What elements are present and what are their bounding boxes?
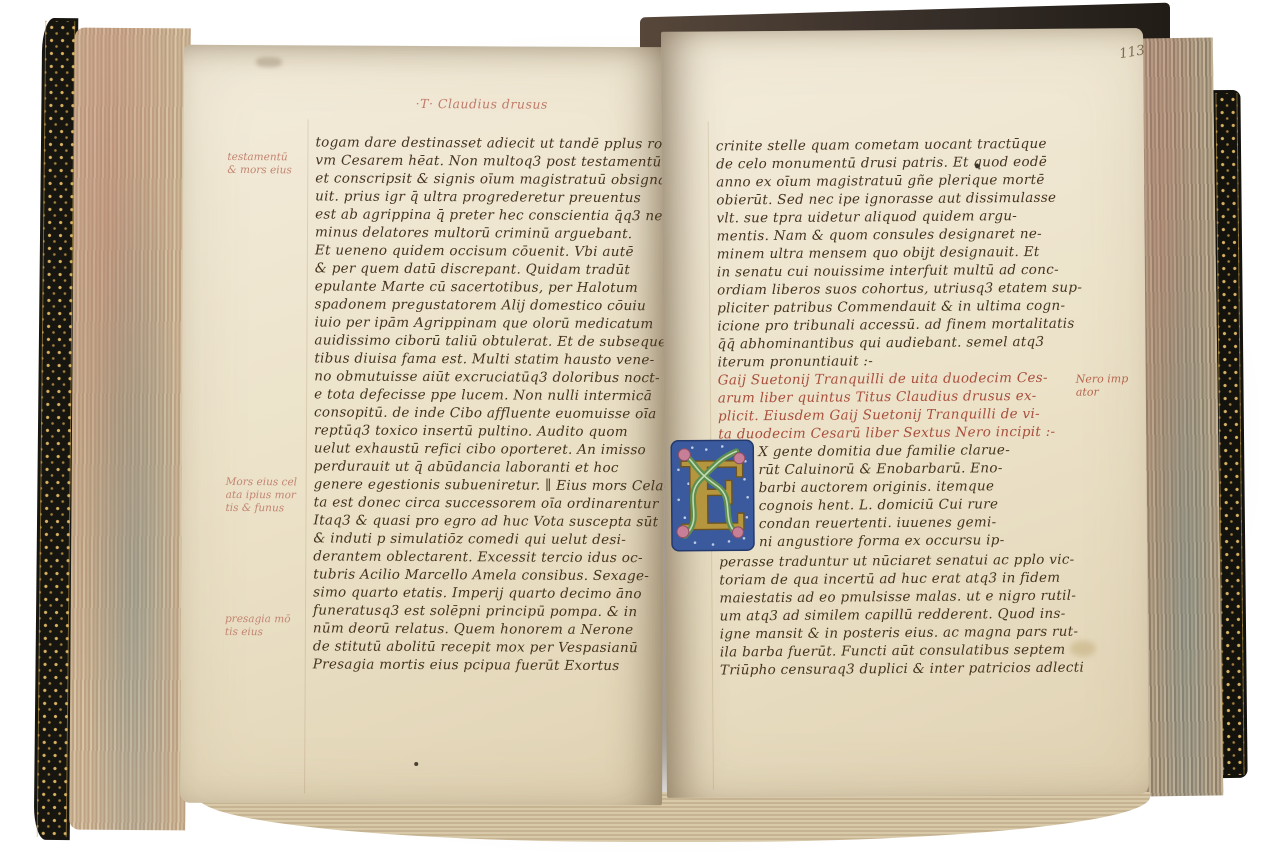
text-line: & induti p simulatiōz comedi qui uelut d… bbox=[313, 529, 675, 549]
rubric-explicit-incipit: Gaij Suetonij Tranquilli de uita duodeci… bbox=[718, 368, 1115, 443]
margin-note-presages: presagia mōtis eius bbox=[225, 613, 321, 640]
margin-note-testament: testamentū& mors eius bbox=[227, 151, 323, 178]
text-line: et conscripsit & signis oīum magistratuū… bbox=[315, 169, 677, 189]
text-line: obierūt. Sed nec ipe ignorasse aut dissi… bbox=[716, 188, 1112, 209]
text-line: uelut exhaustū refici cibo oporteret. An… bbox=[314, 439, 676, 459]
ink-speck bbox=[975, 163, 979, 168]
text-line: consopitū. de inde Cibo affluente euomui… bbox=[314, 403, 676, 423]
right-page: 113 Nero impator crinite stelle quam com… bbox=[661, 28, 1149, 798]
text-line: no obmutuisse aiūt excruciatūq3 doloribu… bbox=[314, 367, 676, 387]
text-line: reptūq3 toxico insertū pultino. Audito q… bbox=[314, 421, 676, 441]
folio-number: 113 bbox=[1118, 42, 1146, 62]
text-line: epulante Marte cū sacertotibus, per Halo… bbox=[315, 277, 677, 297]
text-line: Presagia mortis eius pcipua fuerūt Exort… bbox=[313, 655, 675, 675]
text-line: Itaq3 & quasi pro egro ad huc Vota susce… bbox=[313, 511, 675, 531]
nero-full-lines: perasse traduntur ut nūciaret senatui ac… bbox=[719, 550, 1116, 679]
left-page: ·T· Claudius drusus testamentū& mors eiu… bbox=[180, 45, 666, 806]
left-text-column: togam dare destinasset adiecit ut tandē … bbox=[313, 133, 678, 675]
running-header: ·T· Claudius drusus bbox=[416, 96, 548, 112]
illuminated-initial-E: E bbox=[670, 439, 755, 552]
margin-note-line: & mors eius bbox=[227, 164, 323, 178]
text-line: iuio per ipām Agrippinam que olorū medic… bbox=[314, 313, 676, 333]
text-line: tubris Acilio Marcello Amela consibus. S… bbox=[313, 565, 675, 585]
nero-indented-lines: X gente domitia due familie clarue-rūt C… bbox=[758, 440, 1115, 551]
right-text-column: crinite stelle quam cometam uocant tract… bbox=[716, 134, 1116, 679]
stain-spot bbox=[1070, 641, 1096, 657]
nero-opening: E X gente d bbox=[718, 440, 1115, 553]
text-line: icione pro tribunali accessū. ad finem m… bbox=[717, 314, 1113, 335]
margin-note-line: Mors eius cel bbox=[226, 476, 322, 490]
margin-note-death-concealed: Mors eius celata ipius mortis & funus bbox=[226, 476, 322, 516]
text-line: Triūpho censuraq3 duplici & inter patric… bbox=[720, 658, 1116, 679]
text-line: perdurauit ut q̄ abūdancia laboranti et … bbox=[314, 457, 676, 477]
text-line: simo quarto etatis. Imperij quarto decim… bbox=[313, 583, 675, 603]
text-line: genere egestionis subueniretur. ∥ Eius m… bbox=[314, 475, 676, 495]
margin-note-line: tis & funus bbox=[226, 502, 322, 516]
fore-edge-left bbox=[69, 28, 191, 831]
text-line: e tota defecisse ppe lucem. Non nulli in… bbox=[314, 385, 676, 405]
text-line: uit. prius igr q̄ ultra progrederetur pr… bbox=[315, 187, 677, 207]
text-line: auidissimo ciborū taliū obtulerat. Et de… bbox=[314, 331, 676, 351]
open-book: ·T· Claudius drusus testamentū& mors eiu… bbox=[30, 4, 1248, 856]
text-line: ni angustiore forma ex occursu ip- bbox=[759, 530, 1115, 551]
claudius-end-lines: crinite stelle quam cometam uocant tract… bbox=[716, 134, 1114, 371]
text-line: est ab agrippina q̄ preter hec conscient… bbox=[315, 205, 677, 225]
text-line: minus delatores multorū criminū argueban… bbox=[315, 223, 677, 243]
text-line: & per quem datū discrepant. Quidam tradū… bbox=[315, 259, 677, 279]
text-line: nūm deorū relatus. Quem honorem a Nerone bbox=[313, 619, 675, 639]
faint-folio-mark bbox=[256, 57, 282, 67]
margin-note-line: tis eius bbox=[225, 626, 321, 640]
text-line: ta est donec circa successorem oīa ordin… bbox=[314, 493, 676, 513]
margin-note-line: ata ipius mor bbox=[226, 489, 322, 503]
manuscript-photo: ·T· Claudius drusus testamentū& mors eiu… bbox=[0, 0, 1280, 860]
text-line: funeratusq3 est solēpni principū pompa. … bbox=[313, 601, 675, 621]
text-line: derantem oblectarent. Excessit tercio id… bbox=[313, 547, 675, 567]
text-line: Et ueneno quidem occisum cōuenit. Vbi au… bbox=[315, 241, 677, 261]
margin-note-line: presagia mō bbox=[225, 613, 321, 627]
text-line: tibus diuisa fama est. Multi statim haus… bbox=[314, 349, 676, 369]
text-line: togam dare destinasset adiecit ut tandē … bbox=[315, 133, 677, 153]
text-line: spadonem pregustatorem Alij domestico cō… bbox=[315, 295, 677, 315]
margin-note-line: testamentū bbox=[227, 151, 323, 165]
text-line: de stitutū abolitū recepit mox per Vespa… bbox=[313, 637, 675, 657]
fox-spot bbox=[414, 762, 418, 766]
text-line: vm Cesarem hēat. Non multoq3 post testam… bbox=[315, 151, 677, 171]
